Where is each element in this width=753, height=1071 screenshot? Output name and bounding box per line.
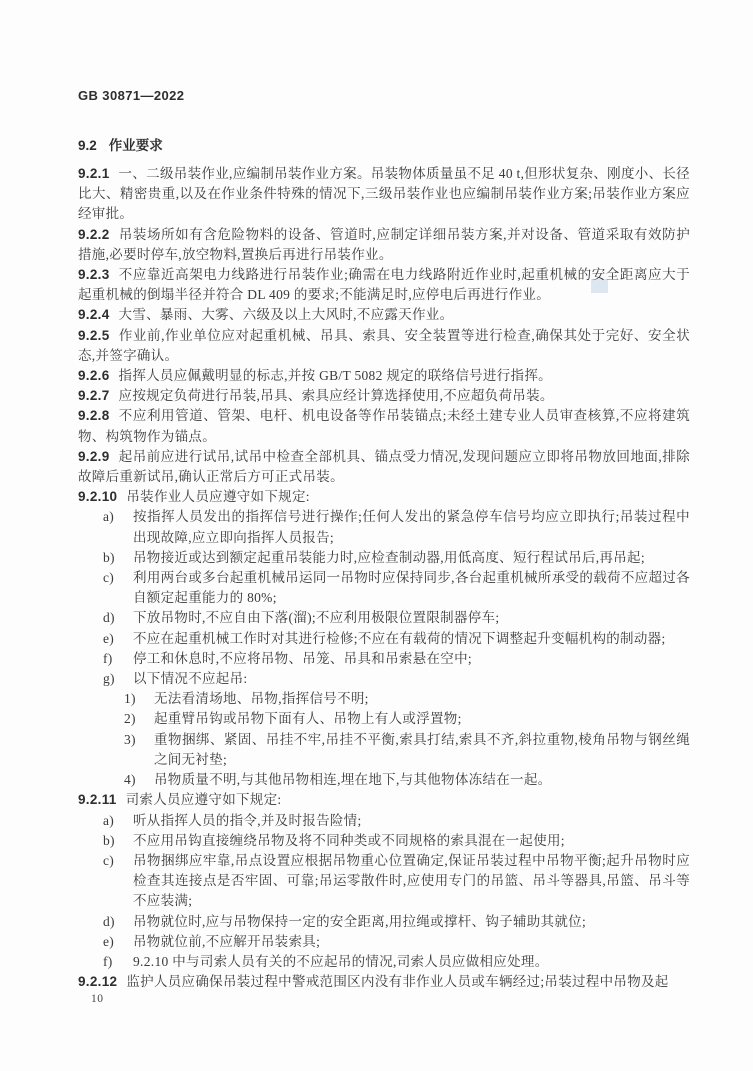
clause-text: 作业前,作业单位应对起重机械、吊具、索具、安全装置等进行检查,确保其处于完好、安… [78, 328, 690, 363]
list-item-c: c)吊物捆绑应牢靠,吊点设置应根据吊物重心位置确定,保证吊装过程中吊物平衡;起升… [78, 851, 690, 912]
subitem-marker: 1) [124, 689, 136, 709]
clause-9.2.3: 9.2.3不应靠近高架电力线路进行吊装作业;确需在电力线路附近作业时,起重机械的… [78, 265, 690, 305]
list-item-d: d)吊物就位时,应与吊物保持一定的安全距离,用拉绳或撑杆、钩子辅助其就位; [78, 912, 690, 932]
clause-text: 起吊前应进行试吊,试吊中检查全部机具、锚点受力情况,发现问题应立即将吊物放回地面… [78, 449, 690, 484]
item-marker: b) [103, 548, 115, 568]
clause-9.2.8: 9.2.8不应利用管道、管架、电杆、机电设备等作吊装锚点;未经土建专业人员审查核… [78, 406, 690, 446]
section-heading: 9.2作业要求 [78, 135, 690, 156]
clause-text: 应按规定负荷进行吊装,吊具、索具应经计算选择使用,不应超负荷吊装。 [119, 388, 554, 403]
item-text: 吊物捆绑应牢靠,吊点设置应根据吊物重心位置确定,保证吊装过程中吊物平衡;起升吊物… [133, 853, 690, 908]
clause-number: 9.2.1 [78, 166, 110, 181]
list-item-f: f)9.2.10 中与司索人员有关的不应起吊的情况,司索人员应做相应处理。 [78, 952, 690, 972]
item-marker: a) [103, 811, 114, 831]
item-marker: c) [103, 851, 114, 871]
item-text: 不应在起重机械工作时对其进行检修;不应在有载荷的情况下调整起升变幅机构的制动器; [133, 631, 666, 646]
item-marker: e) [103, 932, 114, 952]
list-item-a: a)按指挥人员发出的指挥信号进行操作;任何人发出的紧急停车信号均应立即执行;吊装… [78, 507, 690, 547]
subitem-marker: 3) [124, 730, 136, 750]
clause-9.2.1: 9.2.1一、二级吊装作业,应编制吊装作业方案。吊装物体质量虽不足 40 t,但… [78, 164, 690, 225]
clause-number: 9.2.4 [78, 307, 110, 322]
clause-9.2.11: 9.2.11司索人员应遵守如下规定: [78, 790, 690, 810]
item-marker: b) [103, 831, 115, 851]
clause-number: 9.2.6 [78, 368, 110, 383]
item-text: 不应用吊钩直接缠绕吊物及将不同种类或不同规格的索具混在一起使用; [133, 833, 565, 848]
item-text: 以下情况不应起吊: [133, 671, 247, 686]
page-number: 10 [91, 993, 690, 1005]
item-text: 吊物接近或达到额定起重吊装能力时,应检查制动器,用低高度、短行程试吊后,再吊起; [133, 550, 645, 565]
list-item-g: g)以下情况不应起吊: [78, 669, 690, 689]
clause-9.2.6: 9.2.6指挥人员应佩戴明显的标志,并按 GB/T 5082 规定的联络信号进行… [78, 366, 690, 386]
item-marker: f) [103, 649, 113, 669]
clause-text: 监护人员应确保吊装过程中警戒范围区内没有非作业人员或车辆经过;吊装过程中吊物及起 [126, 974, 668, 989]
item-marker: c) [103, 568, 114, 588]
section-number: 9.2 [78, 138, 97, 153]
list-item-a: a)听从指挥人员的指令,并及时报告险情; [78, 811, 690, 831]
item-text: 9.2.10 中与司索人员有关的不应起吊的情况,司索人员应做相应处理。 [133, 954, 549, 969]
list-item-b: b)吊物接近或达到额定起重吊装能力时,应检查制动器,用低高度、短行程试吊后,再吊… [78, 548, 690, 568]
subitem-text: 无法看清场地、吊物,指挥信号不明; [154, 691, 369, 706]
sublist-item-1: 1)无法看清场地、吊物,指挥信号不明; [78, 689, 690, 709]
list-item-f: f)停工和休息时,不应将吊物、吊笼、吊具和吊索悬在空中; [78, 649, 690, 669]
clause-text: 指挥人员应佩戴明显的标志,并按 GB/T 5082 规定的联络信号进行指挥。 [119, 368, 552, 383]
item-text: 听从指挥人员的指令,并及时报告险情; [133, 813, 362, 828]
item-marker: a) [103, 507, 114, 527]
clause-number: 9.2.10 [78, 489, 117, 504]
subitem-marker: 2) [124, 709, 136, 729]
clause-number: 9.2.5 [78, 328, 110, 343]
item-marker: d) [103, 608, 115, 628]
clause-number: 9.2.12 [78, 974, 117, 989]
subitem-text: 起重臂吊钩或吊物下面有人、吊物上有人或浮置物; [154, 711, 462, 726]
item-text: 按指挥人员发出的指挥信号进行操作;任何人发出的紧急停车信号均应立即执行;吊装过程… [133, 509, 690, 544]
clause-text: 吊装场所如有含危险物料的设备、管道时,应制定详细吊装方案,并对设备、管道采取有效… [78, 227, 690, 262]
document-page: GB 30871—2022 9.2作业要求 9.2.1一、二级吊装作业,应编制吊… [0, 0, 753, 1071]
clause-number: 9.2.8 [78, 408, 110, 423]
clause-9.2.5: 9.2.5作业前,作业单位应对起重机械、吊具、索具、安全装置等进行检查,确保其处… [78, 326, 690, 366]
list-item-d: d)下放吊物时,不应自由下落(溜);不应利用极限位置限制器停车; [78, 608, 690, 628]
item-text: 下放吊物时,不应自由下落(溜);不应利用极限位置限制器停车; [133, 610, 499, 625]
subitem-text: 吊物质量不明,与其他吊物相连,埋在地下,与其他物体冻结在一起。 [154, 772, 551, 787]
item-marker: d) [103, 912, 115, 932]
section-title: 作业要求 [109, 138, 163, 153]
item-text: 吊物就位时,应与吊物保持一定的安全距离,用拉绳或撑杆、钩子辅助其就位; [133, 914, 586, 929]
item-marker: e) [103, 629, 114, 649]
list-item-b: b)不应用吊钩直接缠绕吊物及将不同种类或不同规格的索具混在一起使用; [78, 831, 690, 851]
clause-9.2.7: 9.2.7应按规定负荷进行吊装,吊具、索具应经计算选择使用,不应超负荷吊装。 [78, 386, 690, 406]
standard-number-header: GB 30871—2022 [78, 86, 690, 106]
sublist-item-2: 2)起重臂吊钩或吊物下面有人、吊物上有人或浮置物; [78, 709, 690, 729]
clause-number: 9.2.2 [78, 227, 110, 242]
subitem-text: 重物捆绑、紧固、吊挂不牢,吊挂不平衡,索具打结,索具不齐,斜拉重物,棱角吊物与钢… [154, 732, 690, 767]
item-text: 利用两台或多台起重机械吊运同一吊物时应保持同步,各台起重机械所承受的载荷不应超过… [133, 570, 690, 605]
list-item-e: e)吊物就位前,不应解开吊装索具; [78, 932, 690, 952]
clause-text: 一、二级吊装作业,应编制吊装作业方案。吊装物体质量虽不足 40 t,但形状复杂、… [78, 166, 690, 221]
clause-text: 大雪、暴雨、大雾、六级及以上大风时,不应露天作业。 [119, 307, 454, 322]
item-text: 停工和休息时,不应将吊物、吊笼、吊具和吊索悬在空中; [133, 651, 472, 666]
clause-9.2.9: 9.2.9起吊前应进行试吊,试吊中检查全部机具、锚点受力情况,发现问题应立即将吊… [78, 447, 690, 487]
clause-number: 9.2.3 [78, 267, 110, 282]
subitem-marker: 4) [124, 770, 136, 790]
clause-text: 不应靠近高架电力线路进行吊装作业;确需在电力线路附近作业时,起重机械的安全距离应… [78, 267, 690, 302]
clause-number: 9.2.9 [78, 449, 110, 464]
clause-9.2.4: 9.2.4大雪、暴雨、大雾、六级及以上大风时,不应露天作业。 [78, 305, 690, 325]
list-item-c: c)利用两台或多台起重机械吊运同一吊物时应保持同步,各台起重机械所承受的载荷不应… [78, 568, 690, 608]
clause-number: 9.2.11 [78, 792, 117, 807]
item-marker: f) [103, 952, 113, 972]
clause-9.2.2: 9.2.2吊装场所如有含危险物料的设备、管道时,应制定详细吊装方案,并对设备、管… [78, 225, 690, 265]
clause-9.2.10: 9.2.10吊装作业人员应遵守如下规定: [78, 487, 690, 507]
clauses: 9.2.1一、二级吊装作业,应编制吊装作业方案。吊装物体质量虽不足 40 t,但… [78, 164, 690, 992]
page-content: GB 30871—2022 9.2作业要求 9.2.1一、二级吊装作业,应编制吊… [78, 86, 690, 1005]
list-item-e: e)不应在起重机械工作时对其进行检修;不应在有载荷的情况下调整起升变幅机构的制动… [78, 629, 690, 649]
item-text: 吊物就位前,不应解开吊装索具; [133, 934, 320, 949]
item-marker: g) [103, 669, 115, 689]
clause-text: 不应利用管道、管架、电杆、机电设备等作吊装锚点;未经土建专业人员审查核算,不应将… [78, 408, 690, 443]
sublist-item-3: 3)重物捆绑、紧固、吊挂不牢,吊挂不平衡,索具打结,索具不齐,斜拉重物,棱角吊物… [78, 730, 690, 770]
clause-9.2.12: 9.2.12监护人员应确保吊装过程中警戒范围区内没有非作业人员或车辆经过;吊装过… [78, 972, 690, 992]
clause-number: 9.2.7 [78, 388, 110, 403]
sublist-item-4: 4)吊物质量不明,与其他吊物相连,埋在地下,与其他物体冻结在一起。 [78, 770, 690, 790]
clause-text: 吊装作业人员应遵守如下规定: [126, 489, 309, 504]
clause-text: 司索人员应遵守如下规定: [126, 792, 282, 807]
